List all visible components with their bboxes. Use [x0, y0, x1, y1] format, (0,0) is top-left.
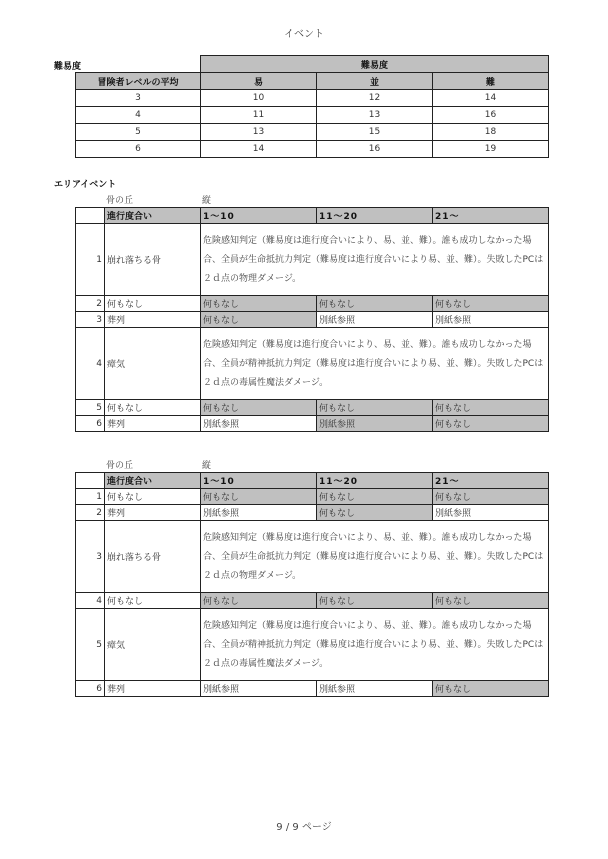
level-header-easy: 易: [201, 73, 317, 90]
direction-label: 縦: [202, 458, 211, 471]
location-label: 骨の丘: [106, 458, 133, 471]
area-event-table-1: 進行度合い 1～10 11～20 21～ 1 崩れ落ちる骨 危険感知判定（難易度…: [75, 207, 549, 432]
table-row: 1 何もなし 何もなし 何もなし 何もなし: [76, 489, 549, 505]
difficulty-table: 難易度 冒険者レベルの平均 易 並 難 3 10 12 14 4 11 13 1…: [75, 55, 549, 158]
event-cell: 何もなし: [433, 296, 549, 312]
table-row: 3 崩れ落ちる骨 危険感知判定（難易度は進行度合いにより、易、並、難）。誰も成功…: [76, 521, 549, 593]
row-number: 5: [76, 609, 105, 681]
normal-cell: 15: [317, 124, 433, 141]
empty-cell: [76, 473, 105, 489]
table-row: 4 何もなし 何もなし 何もなし 何もなし: [76, 593, 549, 609]
header-row: 進行度合い 1～10 11～20 21～: [76, 473, 549, 489]
range-header-1: 1～10: [201, 208, 317, 224]
progress-header: 進行度合い: [105, 208, 201, 224]
normal-cell: 13: [317, 107, 433, 124]
range-header-1: 1～10: [201, 473, 317, 489]
event-name: 何もなし: [105, 489, 201, 505]
event-cell: 別紙参照: [201, 505, 317, 521]
table-row: 5 何もなし 何もなし 何もなし 何もなし: [76, 400, 549, 416]
row-number: 4: [76, 593, 105, 609]
hard-cell: 14: [433, 90, 549, 107]
range-header-3: 21～: [433, 208, 549, 224]
event-cell: 別紙参照: [317, 312, 433, 328]
table-row: 3 葬列 何もなし 別紙参照 別紙参照: [76, 312, 549, 328]
avg-level-cell: 5: [76, 124, 201, 141]
event-cell: 何もなし: [317, 489, 433, 505]
empty-cell: [76, 208, 105, 224]
level-header-normal: 並: [317, 73, 433, 90]
event-cell: 別紙参照: [317, 416, 433, 432]
event-name: 何もなし: [105, 593, 201, 609]
event-cell: 何もなし: [317, 296, 433, 312]
event-cell: 何もなし: [317, 505, 433, 521]
event-name: 瘴気: [105, 328, 201, 400]
easy-cell: 14: [201, 141, 317, 158]
event-cell: 何もなし: [201, 593, 317, 609]
event-name: 瘴気: [105, 609, 201, 681]
event-cell: 何もなし: [433, 416, 549, 432]
avg-level-cell: 6: [76, 141, 201, 158]
event-cell: 何もなし: [433, 400, 549, 416]
page-title: イベント: [0, 25, 608, 40]
row-number: 2: [76, 505, 105, 521]
event-cell: 何もなし: [201, 296, 317, 312]
event-name: 崩れ落ちる骨: [105, 224, 201, 296]
event-cell: 何もなし: [433, 593, 549, 609]
row-number: 4: [76, 328, 105, 400]
table-row: 6 葬列 別紙参照 別紙参照 何もなし: [76, 416, 549, 432]
range-header-2: 11～20: [317, 208, 433, 224]
hard-cell: 16: [433, 107, 549, 124]
row-number: 1: [76, 489, 105, 505]
page-number: 9 / 9 ページ: [0, 818, 608, 833]
event-cell: 何もなし: [201, 489, 317, 505]
event-cell: 何もなし: [317, 400, 433, 416]
event-description: 危険感知判定（難易度は進行度合いにより、易、並、難）。誰も成功しなかった場合、全…: [201, 328, 549, 400]
event-name: 何もなし: [105, 296, 201, 312]
table-row: 2 葬列 別紙参照 何もなし 別紙参照: [76, 505, 549, 521]
event-description: 危険感知判定（難易度は進行度合いにより、易、並、難）。誰も成功しなかった場合、全…: [201, 609, 549, 681]
row-number: 3: [76, 521, 105, 593]
event-cell: 何もなし: [433, 681, 549, 697]
area-events-section-label: エリアイベント: [54, 177, 116, 190]
event-cell: 別紙参照: [433, 312, 549, 328]
table-row: 2 何もなし 何もなし 何もなし 何もなし: [76, 296, 549, 312]
avg-level-header: 冒険者レベルの平均: [76, 73, 201, 90]
level-header-hard: 難: [433, 73, 549, 90]
area-event-table-2: 進行度合い 1～10 11～20 21～ 1 何もなし 何もなし 何もなし 何も…: [75, 472, 549, 697]
row-number: 3: [76, 312, 105, 328]
table-row: 1 崩れ落ちる骨 危険感知判定（難易度は進行度合いにより、易、並、難）。誰も成功…: [76, 224, 549, 296]
row-number: 5: [76, 400, 105, 416]
row-number: 6: [76, 416, 105, 432]
easy-cell: 11: [201, 107, 317, 124]
event-description: 危険感知判定（難易度は進行度合いにより、易、並、難）。誰も成功しなかった場合、全…: [201, 224, 549, 296]
event-cell: 別紙参照: [201, 681, 317, 697]
progress-header: 進行度合い: [105, 473, 201, 489]
range-header-2: 11～20: [317, 473, 433, 489]
row-number: 2: [76, 296, 105, 312]
range-header-3: 21～: [433, 473, 549, 489]
event-cell: 別紙参照: [201, 416, 317, 432]
empty-corner: [76, 56, 201, 73]
event-name: 葬列: [105, 416, 201, 432]
avg-level-cell: 3: [76, 90, 201, 107]
event-name: 崩れ落ちる骨: [105, 521, 201, 593]
normal-cell: 12: [317, 90, 433, 107]
table-row: 5 13 15 18: [76, 124, 549, 141]
table-row: 4 11 13 16: [76, 107, 549, 124]
direction-label: 縦: [202, 193, 211, 206]
event-name: 葬列: [105, 681, 201, 697]
hard-cell: 18: [433, 124, 549, 141]
easy-cell: 10: [201, 90, 317, 107]
difficulty-group-header: 難易度: [201, 56, 549, 73]
event-name: 葬列: [105, 312, 201, 328]
event-cell: 何もなし: [317, 593, 433, 609]
location-label: 骨の丘: [106, 193, 133, 206]
normal-cell: 16: [317, 141, 433, 158]
event-cell: 何もなし: [201, 400, 317, 416]
easy-cell: 13: [201, 124, 317, 141]
event-name: 葬列: [105, 505, 201, 521]
event-cell: 何もなし: [201, 312, 317, 328]
row-number: 6: [76, 681, 105, 697]
event-cell: 何もなし: [433, 489, 549, 505]
event-description: 危険感知判定（難易度は進行度合いにより、易、並、難）。誰も成功しなかった場合、全…: [201, 521, 549, 593]
hard-cell: 19: [433, 141, 549, 158]
table-row: 4 瘴気 危険感知判定（難易度は進行度合いにより、易、並、難）。誰も成功しなかっ…: [76, 328, 549, 400]
event-cell: 別紙参照: [317, 681, 433, 697]
table-row: 5 瘴気 危険感知判定（難易度は進行度合いにより、易、並、難）。誰も成功しなかっ…: [76, 609, 549, 681]
event-cell: 別紙参照: [433, 505, 549, 521]
table-row: 6 葬列 別紙参照 別紙参照 何もなし: [76, 681, 549, 697]
table-row: 6 14 16 19: [76, 141, 549, 158]
avg-level-cell: 4: [76, 107, 201, 124]
row-number: 1: [76, 224, 105, 296]
header-row: 進行度合い 1～10 11～20 21～: [76, 208, 549, 224]
table-row: 3 10 12 14: [76, 90, 549, 107]
event-name: 何もなし: [105, 400, 201, 416]
